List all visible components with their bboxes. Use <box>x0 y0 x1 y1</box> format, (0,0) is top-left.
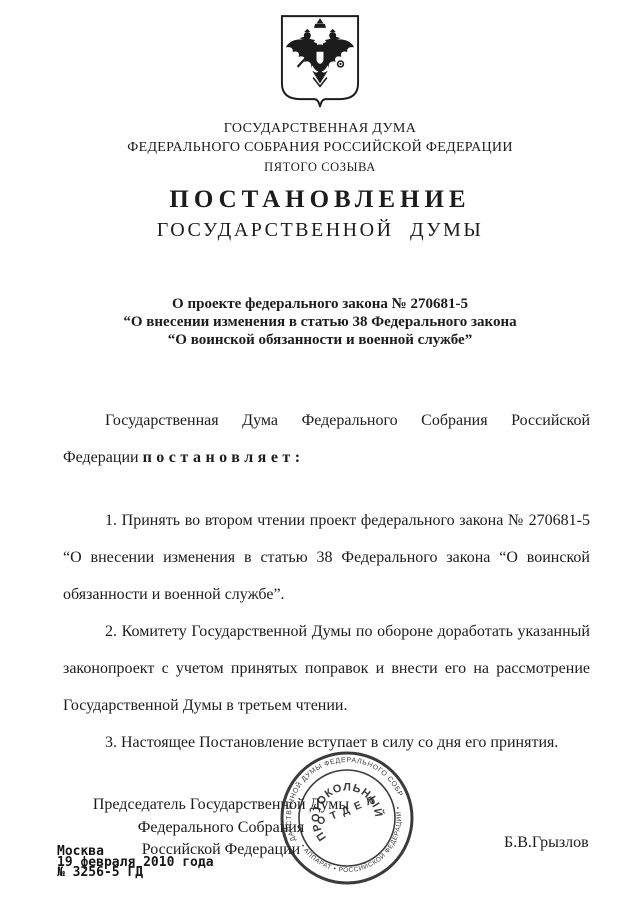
subject-line3: “О воинской обязанности и военной службе… <box>0 331 640 349</box>
resolution-intro-line2: Федерации постановляет: <box>63 439 590 476</box>
document-type-title: ПОСТАНОВЛЕНИЕ <box>0 186 640 214</box>
subject-line2: “О внесении изменения в статью 38 Федера… <box>0 313 640 331</box>
document-subject: О проекте федерального закона № 270681-5… <box>0 295 640 349</box>
stamp-ring-top-text: ГОСУДАРСТВЕННОЙ ДУМЫ ФЕДЕРАЛЬНОГО СОБРАН… <box>277 748 404 847</box>
resolution-items: 1. Принять во втором чтении проект федер… <box>63 502 590 761</box>
resolution-item-1: 1. Принять во втором чтении проект федер… <box>63 502 590 613</box>
letterhead: ГОСУДАРСТВЕННАЯ ДУМА ФЕДЕРАЛЬНОГО СОБРАН… <box>0 121 640 175</box>
document-body: Государственная Дума Федерального Собран… <box>63 402 590 761</box>
protocol-department-stamp-icon: ГОСУДАРСТВЕННОЙ ДУМЫ ФЕДЕРАЛЬНОГО СОБРАН… <box>277 748 417 888</box>
resolution-intro-line1: Государственная Дума Федерального Собран… <box>63 402 590 439</box>
org-name-line2: ФЕДЕРАЛЬНОГО СОБРАНИЯ РОССИЙСКОЙ ФЕДЕРАЦ… <box>0 140 640 156</box>
issuance-number: № 3256-5 ГД <box>57 868 214 879</box>
issuance-block: Москва 19 февраля 2010 года № 3256-5 ГД <box>57 847 214 879</box>
double-headed-eagle <box>286 18 354 86</box>
russia-coat-of-arms-icon <box>279 13 361 111</box>
document-issuer-title: ГОСУДАРСТВЕННОЙ ДУМЫ <box>0 219 640 242</box>
resolution-item-2: 2. Комитету Государственной Думы по обор… <box>63 613 590 724</box>
svg-text:ГОСУДАРСТВЕННОЙ ДУМЫ ФЕДЕРАЛЬН: ГОСУДАРСТВЕННОЙ ДУМЫ ФЕДЕРАЛЬНОГО СОБРАН… <box>277 748 404 847</box>
org-name-line1: ГОСУДАРСТВЕННАЯ ДУМА <box>0 121 640 137</box>
subject-line1: О проекте федерального закона № 270681-5 <box>0 295 640 313</box>
intro-subject-end: Федерации <box>63 449 139 466</box>
resolves-verb: постановляет: <box>143 449 305 466</box>
signatory-name: Б.В.Грызлов <box>504 834 589 852</box>
document-page: ГОСУДАРСТВЕННАЯ ДУМА ФЕДЕРАЛЬНОГО СОБРАН… <box>0 0 640 900</box>
org-convocation: ПЯТОГО СОЗЫВА <box>0 160 640 175</box>
